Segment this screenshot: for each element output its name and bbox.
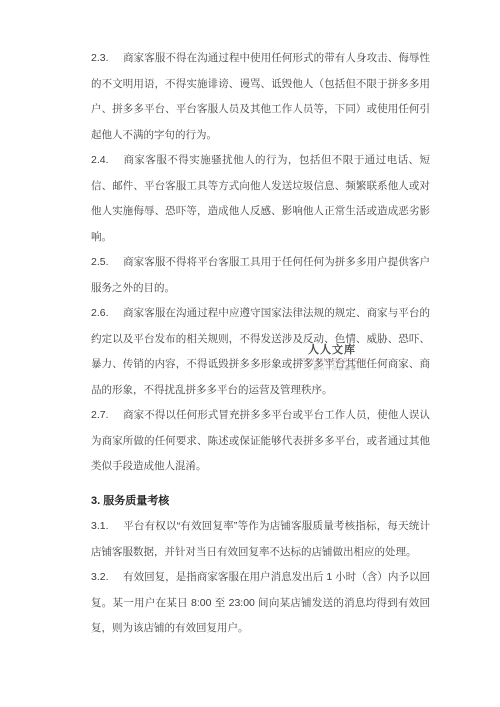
clause-number: 3.2. [91, 565, 123, 591]
clause-paragraph: 2.6.商家客服在沟通过程中应遵守国家法律法规的规定、商家与平台的约定以及平台发… [91, 301, 430, 403]
clause-paragraph: 2.4.商家客服不得实施骚扰他人的行为，包括但不限于通过电话、短信、邮件、平台客… [91, 148, 430, 250]
section-heading: 3. 服务质量考核 [91, 489, 430, 515]
clauses-section-2: 2.3.商家客服不得在沟通过程中使用任何形式的带有人身攻击、侮辱性的不文明用语，… [91, 46, 430, 480]
clause-number: 2.6. [91, 301, 123, 327]
clause-paragraph: 2.5.商家客服不得将平台客服工具用于任何任何为拼多多用户提供客户服务之外的目的… [91, 250, 430, 301]
clause-paragraph: 3.2.有效回复，是指商家客服在用户消息发出后 1 小时（含）内予以回复。某一用… [91, 565, 430, 642]
clause-text: 商家客服在沟通过程中应遵守国家法律法规的规定、商家与平台的约定以及平台发布的相关… [91, 307, 430, 396]
clause-paragraph: 2.7.商家不得以任何形式冒充拼多多平台或平台工作人员，使他人误认为商家所做的任… [91, 403, 430, 480]
clause-text: 有效回复，是指商家客服在用户消息发出后 1 小时（含）内予以回复。某一用户在某日… [91, 571, 430, 634]
clause-number: 3.1. [91, 514, 123, 540]
clause-text: 商家客服不得将平台客服工具用于任何任何为拼多多用户提供客户服务之外的目的。 [91, 256, 430, 294]
clause-paragraph: 2.3.商家客服不得在沟通过程中使用任何形式的带有人身攻击、侮辱性的不文明用语，… [91, 46, 430, 148]
clause-number: 2.7. [91, 403, 123, 429]
clause-number: 2.3. [91, 46, 123, 72]
clause-text: 商家客服不得实施骚扰他人的行为，包括但不限于通过电话、短信、邮件、平台客服工具等… [91, 154, 430, 243]
clause-paragraph: 3.1.平台有权以“有效回复率”等作为店铺客服质量考核指标，每天统计店铺客服数据… [91, 514, 430, 565]
clause-text: 商家客服不得在沟通过程中使用任何形式的带有人身攻击、侮辱性的不文明用语，不得实施… [91, 52, 430, 141]
clause-text: 商家不得以任何形式冒充拼多多平台或平台工作人员，使他人误认为商家所做的任何要求、… [91, 409, 430, 472]
document-page: 2.3.商家客服不得在沟通过程中使用任何形式的带有人身攻击、侮辱性的不文明用语，… [0, 0, 500, 707]
document-content: 2.3.商家客服不得在沟通过程中使用任何形式的带有人身攻击、侮辱性的不文明用语，… [91, 46, 430, 642]
clause-number: 2.5. [91, 250, 123, 276]
clause-text: 平台有权以“有效回复率”等作为店铺客服质量考核指标，每天统计店铺客服数据，并针对… [91, 520, 430, 558]
clause-number: 2.4. [91, 148, 123, 174]
clauses-section-3: 3.1.平台有权以“有效回复率”等作为店铺客服质量考核指标，每天统计店铺客服数据… [91, 514, 430, 642]
